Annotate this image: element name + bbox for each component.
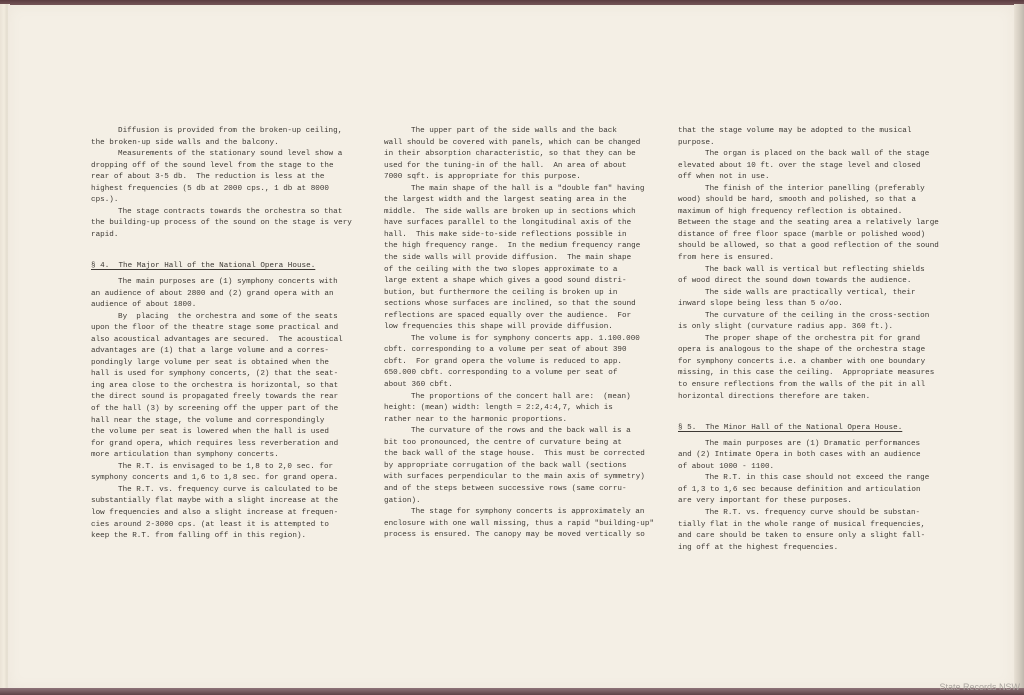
text-line: Measurements of the stationary sound lev… — [91, 149, 361, 161]
text-line: more articulation than symphony concerts… — [91, 450, 361, 462]
text-column-3: that the stage volume may be adopted to … — [678, 126, 948, 554]
paragraph: The R.T. in this case should not exceed … — [678, 473, 948, 508]
text-line: ing off at the highest frequencies. — [678, 543, 948, 555]
text-line: cbft. corresponding to a volume per seat… — [384, 345, 654, 357]
text-line: The R.T. vs. frequency curve should be s… — [678, 508, 948, 520]
text-line: enclosure with one wall missing, thus a … — [384, 519, 654, 531]
text-line: The proportions of the concert hall are:… — [384, 392, 654, 404]
text-line: sections whose surfaces are inclined, so… — [384, 299, 654, 311]
text-line: and (2) Intimate Opera in both cases wit… — [678, 450, 948, 462]
paragraph: Measurements of the stationary sound lev… — [91, 149, 361, 207]
text-line: inward slope being less than 5 o/oo. — [678, 299, 948, 311]
text-line: highest frequencies (5 db at 2000 cps., … — [91, 184, 361, 196]
text-line: wood) should be hard, smooth and polishe… — [678, 195, 948, 207]
text-line: distance of free floor space (marble or … — [678, 230, 948, 242]
text-line: The back wall is vertical but reflecting… — [678, 265, 948, 277]
section-heading: § 4. The Major Hall of the National Oper… — [91, 261, 361, 273]
text-line: bit too pronounced, the centre of curvat… — [384, 438, 654, 450]
text-line: middle. The side walls are broken up in … — [384, 207, 654, 219]
paragraph: The upper part of the side walls and the… — [384, 126, 654, 184]
text-line: substantially flat maybe with a slight i… — [91, 496, 361, 508]
binding-edge-bottom — [0, 688, 1024, 695]
text-line: of the hall (3) by screening off the upp… — [91, 404, 361, 416]
text-line: of wood direct the sound down towards th… — [678, 276, 948, 288]
text-line: audience of about 1800. — [91, 300, 361, 312]
text-line: is only slight (curvature radius app. 36… — [678, 322, 948, 334]
paragraph: The R.T. vs. frequency curve should be s… — [678, 508, 948, 554]
paragraph: Diffusion is provided from the broken-up… — [91, 126, 361, 149]
text-line: used for the tuning-in of the hall. An a… — [384, 161, 654, 173]
text-line: the side walls will provide diffusion. T… — [384, 253, 654, 265]
text-line: The stage contracts towards the orchestr… — [91, 207, 361, 219]
text-line: also acoustical advantages are secured. … — [91, 335, 361, 347]
paragraph: The main shape of the hall is a "double … — [384, 184, 654, 334]
section-heading: § 5. The Minor Hall of the National Oper… — [678, 423, 948, 435]
text-line: of 1,3 to 1,6 sec because definition and… — [678, 485, 948, 497]
text-line: maximum of high frequency reflection is … — [678, 207, 948, 219]
text-line: dropping off of the sound level from the… — [91, 161, 361, 173]
text-line: cbft. For grand opera the volume is redu… — [384, 357, 654, 369]
text-line: ing area close to the orchestra is horiz… — [91, 381, 361, 393]
text-column-1: Diffusion is provided from the broken-up… — [91, 126, 361, 543]
text-line: height: (mean) width: length = 2:2,4:4,7… — [384, 403, 654, 415]
text-line: that the stage volume may be adopted to … — [678, 126, 948, 138]
paragraph: The curvature of the rows and the back w… — [384, 426, 654, 507]
text-line: in their absorption characteristic, so t… — [384, 149, 654, 161]
paragraph: The stage contracts towards the orchestr… — [91, 207, 361, 242]
page-edge-right — [1014, 4, 1024, 690]
text-line: hall. This make side-to-side reflections… — [384, 230, 654, 242]
text-line: 650.000 cbft. corresponding to a volume … — [384, 368, 654, 380]
text-line: an audience of about 2800 and (2) grand … — [91, 289, 361, 301]
text-line: The side walls are practically vertical,… — [678, 288, 948, 300]
text-line: horizontal directions therefore are take… — [678, 392, 948, 404]
text-line: the volume per seat is lowered when the … — [91, 427, 361, 439]
text-line: the building-up process of the sound on … — [91, 218, 361, 230]
text-line: upon the floor of the theatre stage some… — [91, 323, 361, 335]
text-line: of about 1000 - 1100. — [678, 462, 948, 474]
paragraph: The back wall is vertical but reflecting… — [678, 265, 948, 288]
paragraph: The finish of the interior panelling (pr… — [678, 184, 948, 265]
text-line: and of the steps between successive rows… — [384, 484, 654, 496]
paragraph: The stage for symphony concerts is appro… — [384, 507, 654, 542]
text-line: rapid. — [91, 230, 361, 242]
text-line: for grand opera, which requires less rev… — [91, 439, 361, 451]
text-line: process is ensured. The canopy may be mo… — [384, 530, 654, 542]
text-line: tially flat in the whole range of musica… — [678, 520, 948, 532]
text-line: cps.). — [91, 195, 361, 207]
text-line: keep the R.T. from falling off in this r… — [91, 531, 361, 543]
text-line: The main shape of the hall is a "double … — [384, 184, 654, 196]
text-line: the high frequency range. In the medium … — [384, 241, 654, 253]
text-line: The curvature of the rows and the back w… — [384, 426, 654, 438]
text-line: The R.T. is envisaged to be 1,8 to 2,0 s… — [91, 462, 361, 474]
paragraph: The organ is placed on the back wall of … — [678, 149, 948, 184]
text-line: The volume is for symphony concerts app.… — [384, 334, 654, 346]
text-line: bution, but furthermore the ceiling is b… — [384, 288, 654, 300]
text-line: pondingly large volume per seat is obtai… — [91, 358, 361, 370]
text-line: low frequencies and also a slight increa… — [91, 508, 361, 520]
text-line: for symphony concerts i.e. a chamber wit… — [678, 357, 948, 369]
paragraph: The curvature of the ceiling in the cros… — [678, 311, 948, 334]
document-page: Diffusion is provided from the broken-up… — [8, 5, 1014, 689]
paragraph: The R.T. is envisaged to be 1,8 to 2,0 s… — [91, 462, 361, 485]
paragraph: that the stage volume may be adopted to … — [678, 126, 948, 149]
text-line: with surfaces perpendicular to the main … — [384, 472, 654, 484]
text-line: elevated about 10 ft. over the stage lev… — [678, 161, 948, 173]
text-line: symphony concerts and 1,6 to 1,8 sec. fo… — [91, 473, 361, 485]
section-gap — [678, 403, 948, 423]
text-line: purpose. — [678, 138, 948, 150]
text-line: by appropriate corrugation of the back w… — [384, 461, 654, 473]
paragraph: The R.T. vs. frequency curve is calculat… — [91, 485, 361, 543]
text-line: cies around 2-3000 cps. (at least it is … — [91, 520, 361, 532]
text-line: wall should be covered with panels, whic… — [384, 138, 654, 150]
text-line: The stage for symphony concerts is appro… — [384, 507, 654, 519]
paragraph: The main purposes are (1) symphony conce… — [91, 277, 361, 312]
text-line: The R.T. vs. frequency curve is calculat… — [91, 485, 361, 497]
text-line: to ensure reflections from the walls of … — [678, 380, 948, 392]
text-line: large extent a shape which gives a good … — [384, 276, 654, 288]
paragraph: The main purposes are (1) Dramatic perfo… — [678, 439, 948, 474]
text-line: The main purposes are (1) symphony conce… — [91, 277, 361, 289]
text-line: the broken-up side walls and the balcony… — [91, 138, 361, 150]
text-line: missing, in this case the ceiling. Appro… — [678, 368, 948, 380]
text-line: The upper part of the side walls and the… — [384, 126, 654, 138]
text-line: By placing the orchestra and some of the… — [91, 312, 361, 324]
text-line: and care should be taken to ensure only … — [678, 531, 948, 543]
watermark: State Records NSW — [939, 682, 1020, 692]
text-line: the direct sound is propagated freely to… — [91, 392, 361, 404]
text-line: The R.T. in this case should not exceed … — [678, 473, 948, 485]
paragraph: The side walls are practically vertical,… — [678, 288, 948, 311]
text-line: are very important for these purposes. — [678, 496, 948, 508]
text-line: from here is ensured. — [678, 253, 948, 265]
paragraph: The volume is for symphony concerts app.… — [384, 334, 654, 392]
paragraph: The proportions of the concert hall are:… — [384, 392, 654, 427]
text-line: the largest width and the largest seatin… — [384, 195, 654, 207]
section-gap — [91, 241, 361, 261]
text-line: reflections are spaced equally over the … — [384, 311, 654, 323]
text-line: hall is used for symphony concerts, (2) … — [91, 369, 361, 381]
scanned-document: Diffusion is provided from the broken-up… — [0, 0, 1024, 695]
text-line: have surfaces parallel to the longitudin… — [384, 218, 654, 230]
text-line: The finish of the interior panelling (pr… — [678, 184, 948, 196]
text-line: Between the stage and the seating area a… — [678, 218, 948, 230]
paragraph: By placing the orchestra and some of the… — [91, 312, 361, 462]
paragraph: The proper shape of the orchestra pit fo… — [678, 334, 948, 403]
text-line: rear of about 3-5 db. The reduction is l… — [91, 172, 361, 184]
text-line: opera is analogous to the shape of the o… — [678, 345, 948, 357]
text-line: The main purposes are (1) Dramatic perfo… — [678, 439, 948, 451]
text-line: The proper shape of the orchestra pit fo… — [678, 334, 948, 346]
text-line: The curvature of the ceiling in the cros… — [678, 311, 948, 323]
text-line: hall near the stage, the volume and corr… — [91, 416, 361, 428]
text-line: about 360 cbft. — [384, 380, 654, 392]
text-line: the back wall of the stage house. This m… — [384, 449, 654, 461]
text-line: of the ceiling with the two slopes appro… — [384, 265, 654, 277]
text-line: rather near to the harmonic proportions. — [384, 415, 654, 427]
text-line: low frequencies this shape will provide … — [384, 322, 654, 334]
text-line: The organ is placed on the back wall of … — [678, 149, 948, 161]
text-line: Diffusion is provided from the broken-up… — [91, 126, 361, 138]
text-line: 7000 sqft. is appropriate for this purpo… — [384, 172, 654, 184]
text-line: advantages are (1) that a large volume a… — [91, 346, 361, 358]
text-column-2: The upper part of the side walls and the… — [384, 126, 654, 542]
text-line: gation). — [384, 496, 654, 508]
text-line: off when not in use. — [678, 172, 948, 184]
text-line: should be allowed, so that a good reflec… — [678, 241, 948, 253]
